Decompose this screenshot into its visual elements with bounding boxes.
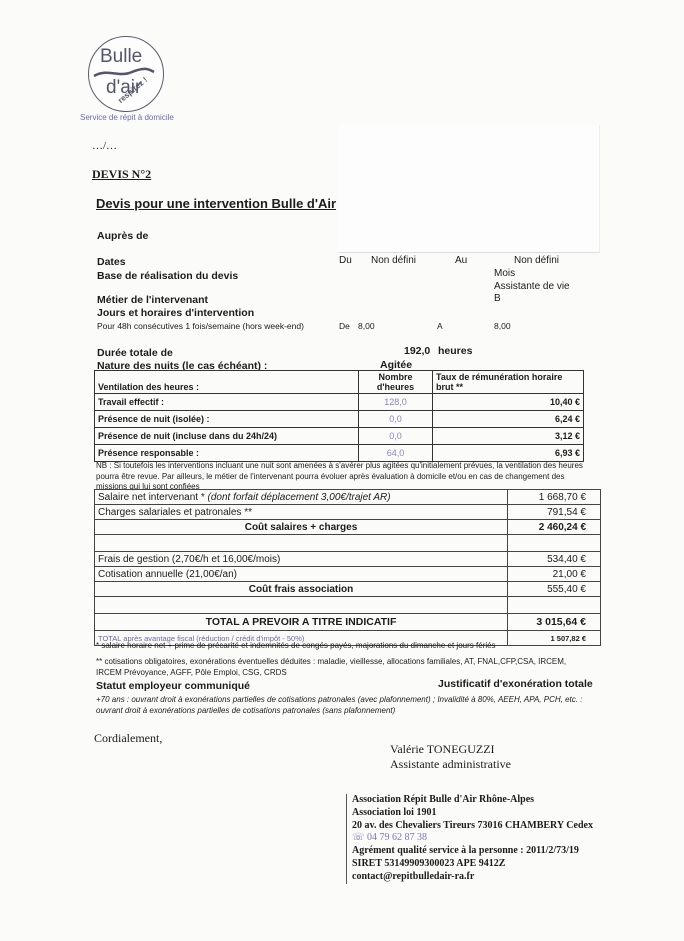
- justificatif-label: Justificatif d'exonération totale: [438, 678, 593, 690]
- nb-note: NB : Si toutefois les interventions incl…: [96, 461, 596, 493]
- cotisation-value: 21,00 €: [508, 567, 601, 582]
- du-value: Non défini: [371, 255, 416, 266]
- footer-email[interactable]: contact@repitbulledair-ra.fr: [352, 871, 593, 884]
- cout-salaires-label: Coût salaires + charges: [95, 520, 508, 535]
- footer-phone: 04 79 62 87 38: [367, 832, 427, 843]
- base-value: Mois: [494, 268, 515, 279]
- table-row: Présence responsable : 64,0 6,93 €: [95, 445, 584, 462]
- row-label: Travail effectif :: [95, 394, 359, 411]
- metier-label: Métier de l'intervenant: [97, 294, 208, 306]
- jours-label: Jours et horaires d'intervention: [97, 307, 254, 319]
- footer-type: Association loi 1901: [352, 807, 593, 820]
- cost-table: Salaire net intervenant * (dont forfait …: [94, 489, 601, 646]
- blank-cell: [508, 535, 601, 552]
- metier-value: Assistante de vie: [494, 281, 570, 292]
- charges-value: 791,54 €: [508, 505, 601, 520]
- table-row: Salaire net intervenant * (dont forfait …: [95, 490, 601, 505]
- salaire-label-text: Salaire net intervenant *: [98, 492, 208, 503]
- a-value: 8,00: [494, 321, 511, 331]
- row-label: Présence responsable :: [95, 445, 359, 462]
- aupres-de-label: Auprès de: [97, 230, 148, 242]
- footer-agrement: Agrément qualité service à la personne :…: [352, 845, 593, 858]
- table-row: Frais de gestion (2,70€/h et 16,00€/mois…: [95, 552, 601, 567]
- ventilation-header-label: Ventilation des heures :: [95, 371, 359, 394]
- base-label: Base de réalisation du devis: [97, 270, 238, 282]
- total-row: TOTAL A PREVOIR A TITRE INDICATIF 3 015,…: [95, 614, 601, 631]
- metier-value-grade: B: [494, 293, 501, 304]
- statut-employeur-label: Statut employeur communiqué: [96, 680, 250, 692]
- blank-cell: [508, 597, 601, 614]
- salaire-value: 1 668,70 €: [508, 490, 601, 505]
- blank-row: [95, 535, 601, 552]
- row-hours: 128,0: [359, 394, 433, 411]
- de-label: De: [339, 321, 350, 331]
- cotisation-label: Cotisation annuelle (21,00€/an): [95, 567, 508, 582]
- signer-title: Assistante administrative: [390, 757, 511, 772]
- devis-number: DEVIS N°2: [92, 167, 151, 182]
- row-hours: 0,0: [359, 411, 433, 428]
- table-row: Présence de nuit (isolée) : 0,0 6,24 €: [95, 411, 584, 428]
- footer-address: 20 av. des Chevaliers Tireurs 73016 CHAM…: [352, 820, 593, 833]
- de-value: 8,00: [358, 321, 375, 331]
- logo-subtitle: Service de répit à domicile: [80, 113, 174, 122]
- subtotal-row: Coût salaires + charges 2 460,24 €: [95, 520, 601, 535]
- continued-mark: …/…: [92, 140, 117, 152]
- ventilation-table: Ventilation des heures : Nombre d'heures…: [94, 370, 584, 462]
- footer-phone-line: ☏ 04 79 62 87 38: [352, 832, 593, 845]
- salaire-label: Salaire net intervenant * (dont forfait …: [95, 490, 508, 505]
- ventilation-header-row: Ventilation des heures : Nombre d'heures…: [95, 371, 584, 394]
- salaire-note: (dont forfait déplacement 3,00€/trajet A…: [208, 492, 391, 503]
- table-row: Charges salariales et patronales ** 791,…: [95, 505, 601, 520]
- duree-label: Durée totale de: [97, 347, 173, 359]
- footer-siret: SIRET 53149909300023 APE 9412Z: [352, 858, 593, 871]
- row-hours: 64,0: [359, 445, 433, 462]
- recipient-address-box: [339, 125, 600, 253]
- page-title: Devis pour une intervention Bulle d'Air: [96, 196, 336, 211]
- duree-value: 192,0: [404, 345, 430, 357]
- row-hours: 0,0: [359, 428, 433, 445]
- dates-label: Dates: [97, 256, 126, 268]
- row-rate: 6,93 €: [433, 445, 584, 462]
- cout-salaires-value: 2 460,24 €: [508, 520, 601, 535]
- duree-unit: heures: [438, 345, 472, 357]
- row-rate: 6,24 €: [433, 411, 584, 428]
- footnote-salaire: * salaire horaire net + prime de précari…: [96, 641, 596, 650]
- telephone-icon: ☏: [352, 832, 365, 843]
- blank-cell: [95, 597, 508, 614]
- cout-frais-value: 555,40 €: [508, 582, 601, 597]
- ventilation-header-rate: Taux de rémunération horaire brut **: [433, 371, 584, 394]
- frais-label: Frais de gestion (2,70€/h et 16,00€/mois…: [95, 552, 508, 567]
- closing-greeting: Cordialement,: [94, 731, 162, 746]
- table-row: Présence de nuit (incluse dans du 24h/24…: [95, 428, 584, 445]
- signer-name: Valérie TONEGUZZI: [390, 742, 495, 757]
- charges-label: Charges salariales et patronales **: [95, 505, 508, 520]
- blank-cell: [95, 535, 508, 552]
- a-label: A: [437, 321, 443, 331]
- ventilation-header-hours: Nombre d'heures: [359, 371, 433, 394]
- footnote-cotisations: ** cotisations obligatoires, exonération…: [96, 657, 586, 678]
- frais-value: 534,40 €: [508, 552, 601, 567]
- row-label: Présence de nuit (isolée) :: [95, 411, 359, 428]
- au-value: Non défini: [514, 255, 559, 266]
- du-label: Du: [339, 255, 352, 266]
- jours-description: Pour 48h consécutives 1 fois/semaine (ho…: [97, 321, 304, 331]
- row-label: Présence de nuit (incluse dans du 24h/24…: [95, 428, 359, 445]
- row-rate: 10,40 €: [433, 394, 584, 411]
- blank-row: [95, 597, 601, 614]
- row-rate: 3,12 €: [433, 428, 584, 445]
- au-label: Au: [455, 255, 467, 266]
- logo-text-bulle: Bulle: [100, 46, 142, 68]
- total-value: 3 015,64 €: [508, 614, 601, 631]
- footer-contact-block: Association Répit Bulle d'Air Rhône-Alpe…: [346, 794, 593, 884]
- table-row: Travail effectif : 128,0 10,40 €: [95, 394, 584, 411]
- total-label: TOTAL A PREVOIR A TITRE INDICATIF: [95, 614, 508, 631]
- table-row: Cotisation annuelle (21,00€/an) 21,00 €: [95, 567, 601, 582]
- cout-frais-label: Coût frais association: [95, 582, 508, 597]
- subtotal-row: Coût frais association 555,40 €: [95, 582, 601, 597]
- footer-org: Association Répit Bulle d'Air Rhône-Alpe…: [352, 794, 593, 807]
- exoneration-note: +70 ans : ouvrant droit à exonérations p…: [96, 695, 586, 716]
